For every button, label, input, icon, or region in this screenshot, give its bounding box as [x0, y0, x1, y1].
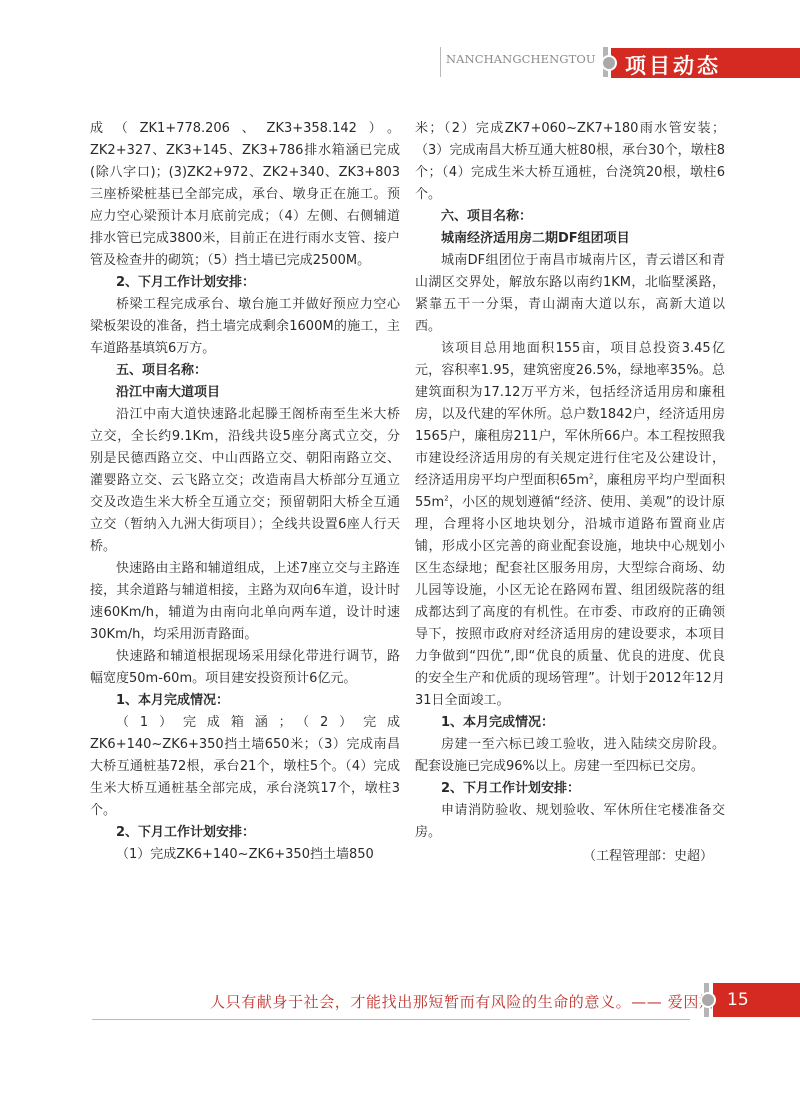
paragraph: 该项目总用地面积155亩，项目总投资3.45亿元，容积率1.95，建筑密度26.… [415, 338, 725, 712]
paragraph: 米；（2）完成ZK7+060~ZK7+180雨水管安装；（3）完成南昌大桥互通大… [415, 118, 725, 206]
header-dot-icon [601, 55, 617, 71]
paragraph: 房建一至六标已竣工验收，进入陆续交房阶段。配套设施已完成96%以上。房建一至四标… [415, 734, 725, 778]
subheading: 2、下月工作计划安排： [415, 778, 725, 800]
paragraph: 成（ZK1+778.206、ZK3+358.142）。ZK2+327、ZK3+1… [90, 118, 400, 272]
paragraph: 申请消防验收、规划验收、军休所住宅楼准备交房。 [415, 800, 725, 844]
paragraph: （1）完成箱涵；（2）完成ZK6+140~ZK6+350挡土墙650米；（3）完… [90, 712, 400, 822]
subheading: 1、本月完成情况： [415, 712, 725, 734]
page-header: NANCHANGCHENGTOU 项目动态 [440, 45, 800, 77]
page-number: 15 [727, 990, 749, 1010]
text: 该项目总用地面积155亩，项目总投资3.45亿元，容积率1.95，建筑密度26.… [415, 341, 725, 488]
right-column: 米；（2）完成ZK7+060~ZK7+180雨水管安装；（3）完成南昌大桥互通大… [415, 118, 725, 868]
text: ，小区的规划遵循“经济、使用、美观”的设计原理，合理将小区地块划分，沿城市道路布… [415, 495, 725, 708]
project-name: 沿江中南大道项目 [90, 382, 400, 404]
paragraph: 快速路和辅道根据现场采用绿化带进行调节，路幅宽度50m-60m。项目建安投资预计… [90, 646, 400, 690]
subheading: 五、项目名称： [90, 360, 400, 382]
project-name: 城南经济适用房二期DF组团项目 [415, 228, 725, 250]
paragraph: 桥梁工程完成承台、墩台施工并做好预应力空心梁板架设的准备，挡土墙完成剩余1600… [90, 294, 400, 360]
paragraph: 快速路由主路和辅道组成，上述7座立交与主路连接，其余道路与辅道相接，主路为双向6… [90, 558, 400, 646]
brand-name: NANCHANGCHENGTOU [446, 52, 596, 66]
page-number-banner: 15 [713, 983, 800, 1017]
footer-dot-icon [700, 992, 716, 1008]
author-signature: （工程管理部：史超） [415, 846, 725, 868]
subheading: 2、下月工作计划安排： [90, 272, 400, 294]
subheading: 1、本月完成情况： [90, 690, 400, 712]
subheading: 2、下月工作计划安排： [90, 822, 400, 844]
page-footer: 人只有献身于社会，才能找出那短暂而有风险的生命的意义。—— 爱因斯坦 15 [0, 983, 800, 1019]
section-title: 项目动态 [625, 50, 721, 80]
paragraph: 城南DF组团位于南昌市城南片区，青云谱区和青山湖区交界处，解放东路以南约1KM，… [415, 250, 725, 338]
footer-divider [92, 1019, 690, 1020]
left-column: 成（ZK1+778.206、ZK3+358.142）。ZK2+327、ZK3+1… [90, 118, 400, 866]
paragraph: （1）完成ZK6+140~ZK6+350挡土墙850 [90, 844, 400, 866]
header-divider [440, 47, 441, 77]
footer-quote: 人只有献身于社会，才能找出那短暂而有风险的生命的意义。—— 爱因斯坦 [210, 991, 730, 1012]
subheading: 六、项目名称： [415, 206, 725, 228]
section-title-banner: 项目动态 [611, 48, 800, 78]
paragraph: 沿江中南大道快速路北起滕王阁桥南至生米大桥立交，全长约9.1Km，沿线共设5座分… [90, 404, 400, 558]
